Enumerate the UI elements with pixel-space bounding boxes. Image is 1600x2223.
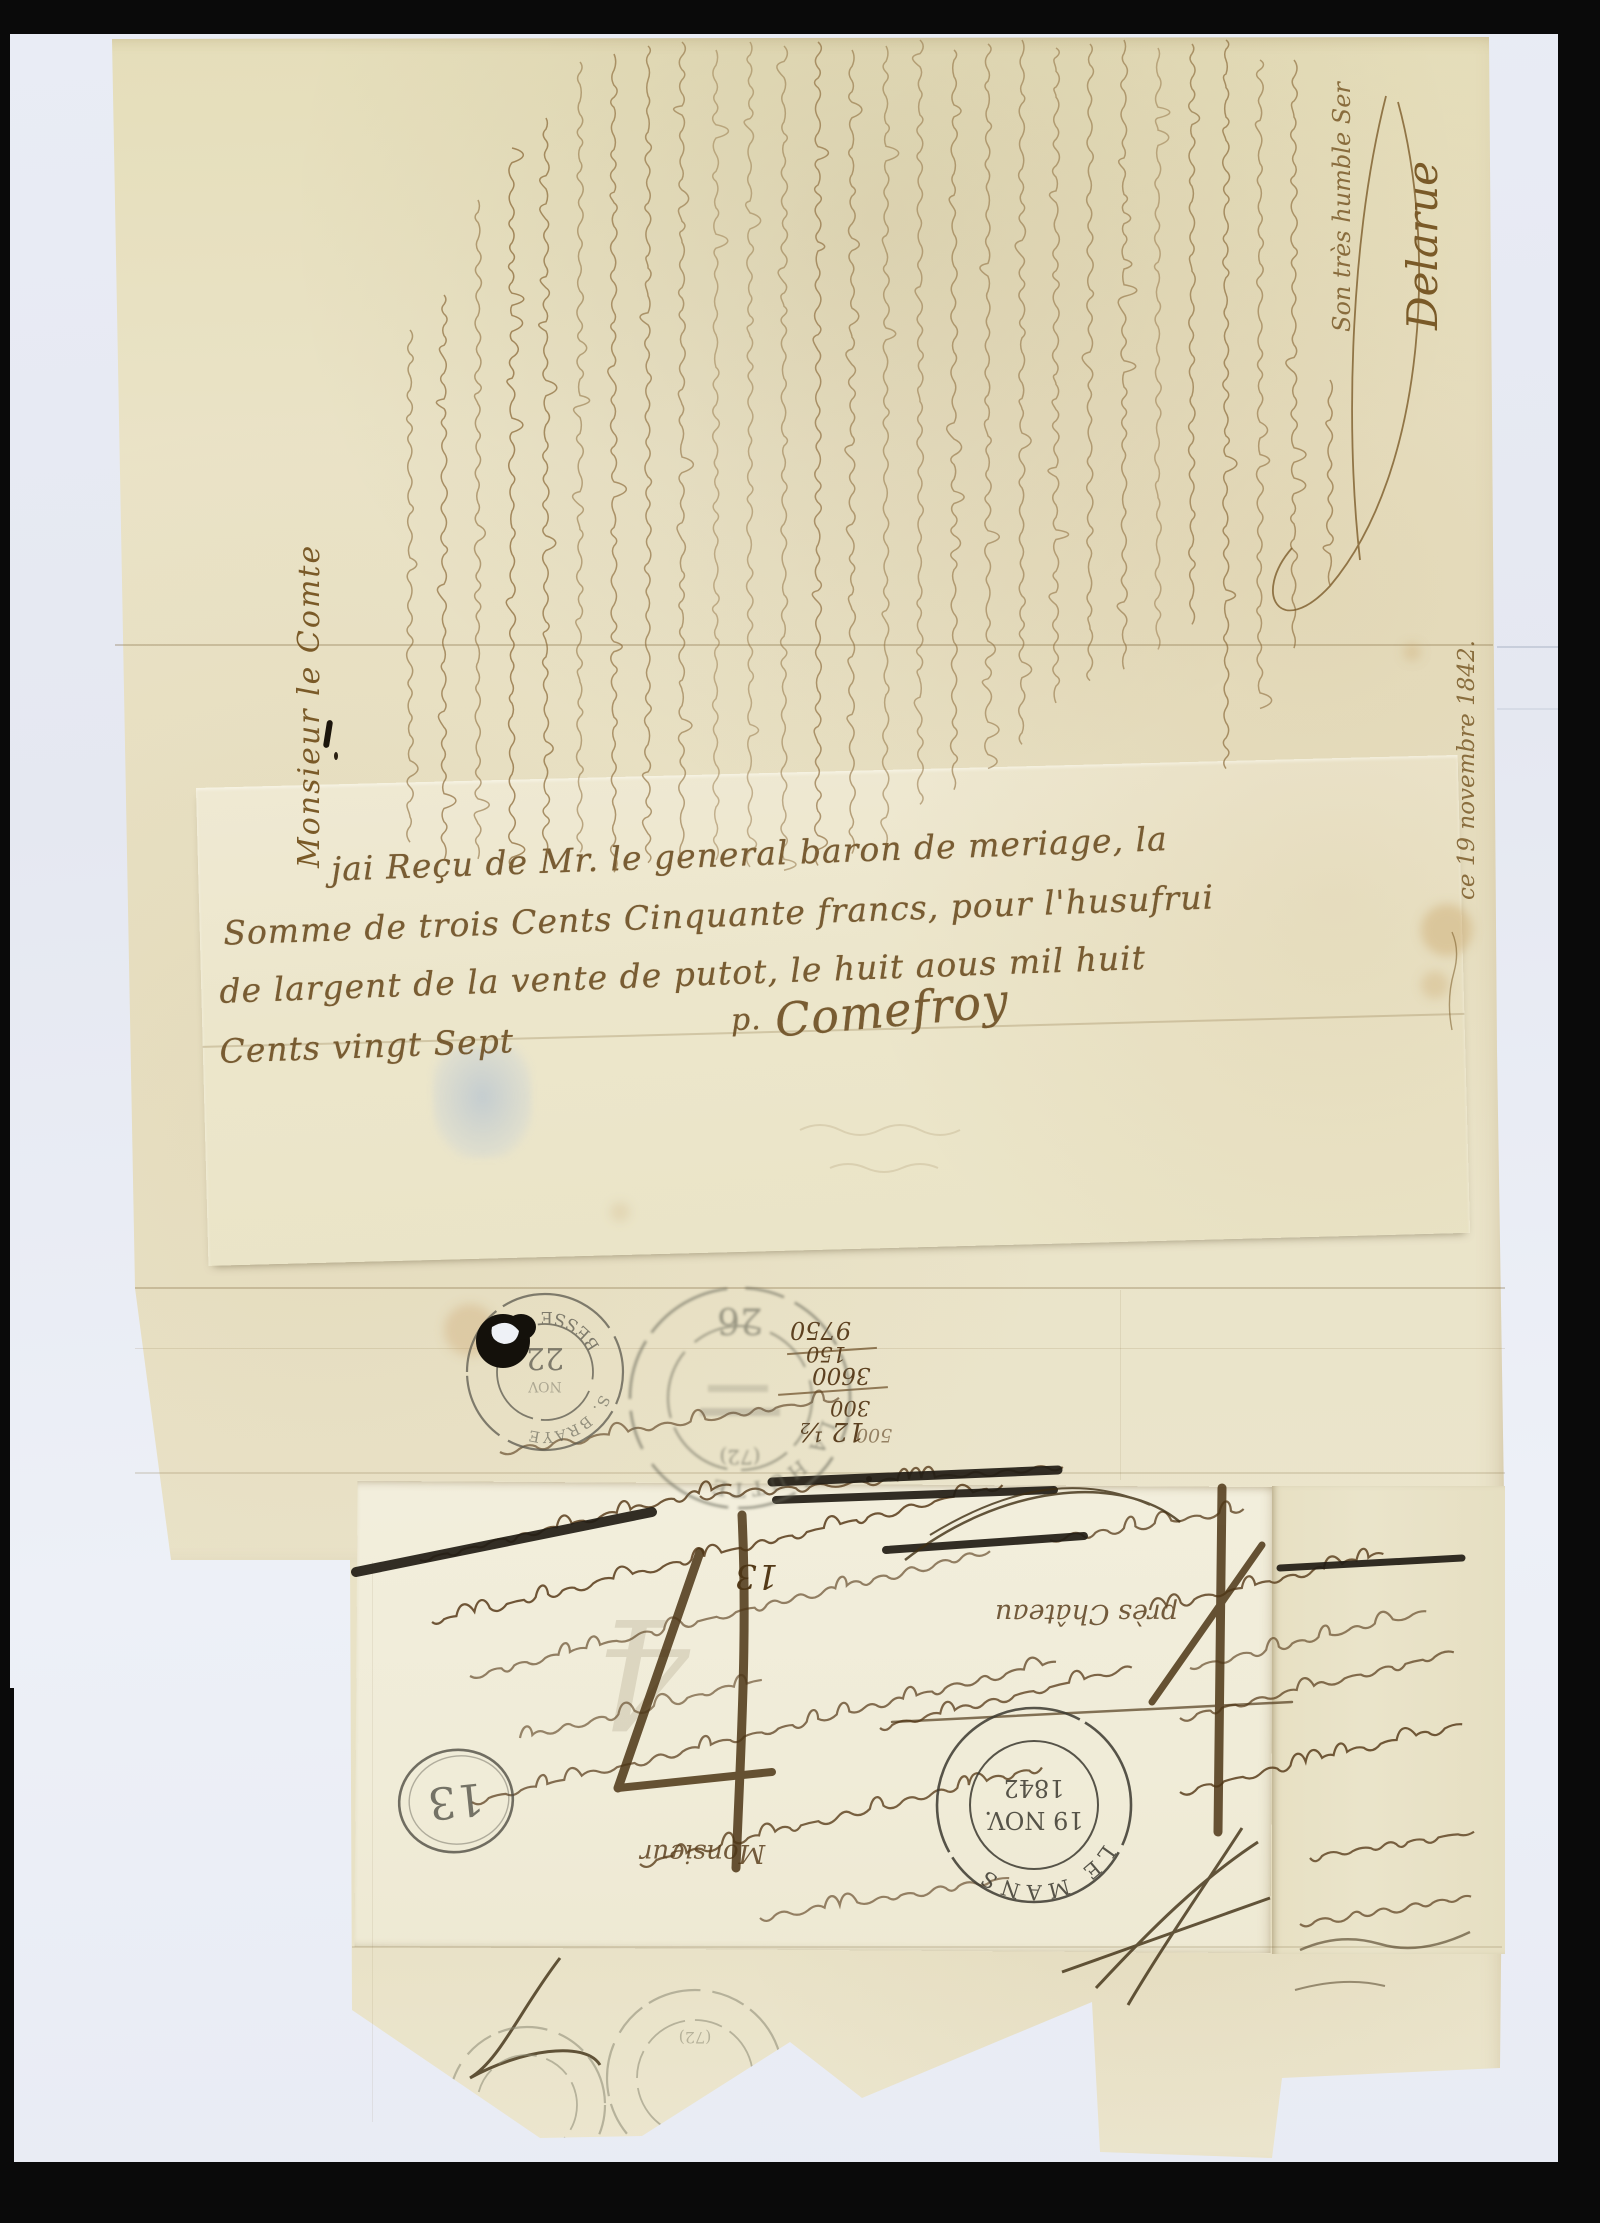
frame-edge (0, 0, 1600, 34)
letter-closing: Son très humble Ser (1328, 82, 1356, 332)
accounting-value: 500 (856, 1424, 892, 1446)
crossed-rate-mark: 13 (735, 1556, 778, 1596)
mat-seam (1497, 646, 1559, 648)
fold-line (135, 1472, 1505, 1474)
mat-seam (1497, 708, 1559, 710)
letter-dateline: ce 19 novembre 1842. (1454, 640, 1480, 900)
address-panel (354, 1481, 1273, 1953)
frame-edge (1558, 0, 1600, 2223)
accounting-value: 3600 (812, 1362, 871, 1388)
receipt-slip: jai Reçu de Mr. le general baron de meri… (196, 755, 1470, 1266)
frame-edge (0, 2162, 1600, 2223)
photo-of-folded-letter: jai Reçu de Mr. le general baron de meri… (0, 0, 1600, 2223)
letter-salutation: Monsieur le Comte (292, 544, 327, 868)
ink-blot (334, 752, 338, 760)
fold-line (135, 1287, 1505, 1289)
receipt-line: jai Reçu de Mr. le general baron de meri… (330, 819, 1168, 889)
ink-dot (866, 1476, 872, 1482)
address-fragment: près Château (995, 1598, 1178, 1629)
fold-line (1120, 1290, 1121, 1480)
accounting-value: 12 ½ (798, 1416, 865, 1446)
letter-signature: Delarue (1398, 161, 1447, 330)
fold-line (372, 1562, 373, 2122)
frame-edge (0, 1688, 14, 2162)
fold-line (352, 1946, 1502, 1948)
accounting-value: 9750 (790, 1316, 851, 1344)
address-fragment: Monsieur (640, 1838, 765, 1868)
receipt-signature-prefix: p. (730, 1002, 762, 1038)
address-panel-flap (1272, 1486, 1505, 1954)
